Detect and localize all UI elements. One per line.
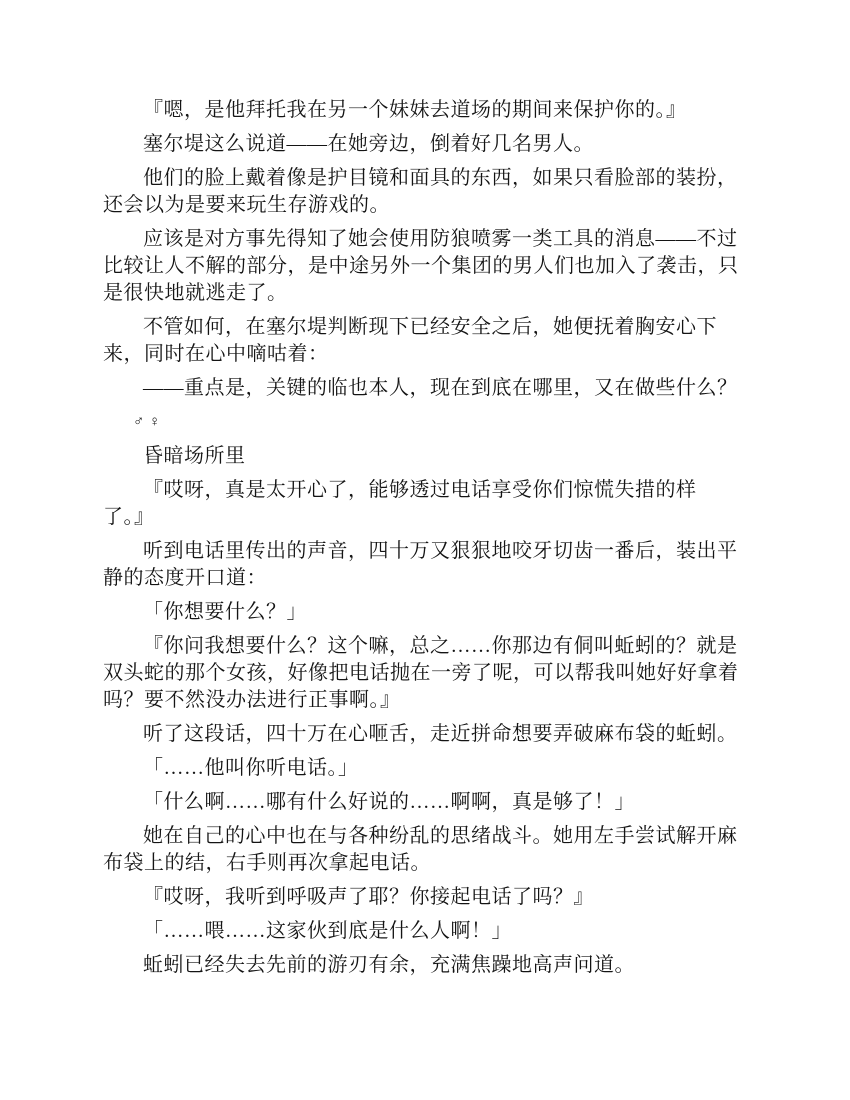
text-line: 静的态度开口道： [103,565,749,592]
text-line: 「你想要什么？」 [103,599,749,626]
document-page: 『嗯，是他拜托我在另一个妹妹去道场的期间来保护你的。』塞尔堤这么说道——在她旁边… [0,0,850,1100]
paragraph: 他们的脸上戴着像是护目镜和面具的东西，如果只看脸部的装扮，还会以为是要来玩生存游… [103,165,749,219]
text-line: 双头蛇的那个女孩，好像把电话抛在一旁了呢，可以帮我叫她好好拿着 [103,660,749,687]
paragraph: 听了这段话，四十万在心咂舌，走近拼命想要弄破麻布袋的蚯蚓。 [103,721,749,748]
paragraph: 塞尔堤这么说道——在她旁边，倒着好几名男人。 [103,131,749,158]
text-line: 塞尔堤这么说道——在她旁边，倒着好几名男人。 [103,131,749,158]
paragraph: 「你想要什么？」 [103,599,749,626]
text-line: ——重点是，关键的临也本人，现在到底在哪里，又在做些什么？ [103,375,749,402]
text-line: 应该是对方事先得知了她会使用防狼喷雾一类工具的消息——不过 [103,226,749,253]
paragraph: 『哎呀，我听到呼吸声了耶？你接起电话了吗？』 [103,884,749,911]
section-separator: ♂ ♀ [103,409,749,436]
text-line: 还会以为是要来玩生存游戏的。 [103,192,749,219]
paragraph: 不管如何，在塞尔堤判断现下已经安全之后，她便抚着胸安心下来，同时在心中嘀咕着： [103,314,749,368]
paragraph: 蚯蚓已经失去先前的游刃有余，充满焦躁地高声问道。 [103,952,749,979]
text-content: 『嗯，是他拜托我在另一个妹妹去道场的期间来保护你的。』塞尔堤这么说道——在她旁边… [103,97,749,986]
text-line: 『嗯，是他拜托我在另一个妹妹去道场的期间来保护你的。』 [103,97,749,124]
paragraph: 昏暗场所里 [103,443,749,470]
text-line: 听到电话里传出的声音，四十万又狠狠地咬牙切齿一番后，装出平 [103,538,749,565]
text-line: 『哎呀，真是太开心了，能够透过电话享受你们惊慌失措的样 [103,477,749,504]
text-line: 她在自己的心中也在与各种纷乱的思绪战斗。她用左手尝试解开麻 [103,823,749,850]
text-line: 吗？要不然没办法进行正事啊。』 [103,687,749,714]
text-line: 来，同时在心中嘀咕着： [103,341,749,368]
paragraph: 「……喂……这家伙到底是什么人啊！」 [103,918,749,945]
text-line: 「……喂……这家伙到底是什么人啊！」 [103,918,749,945]
paragraph: 『你问我想要什么？这个嘛，总之……你那边有侗叫蚯蚓的？就是双头蛇的那个女孩，好像… [103,633,749,714]
paragraph: 应该是对方事先得知了她会使用防狼喷雾一类工具的消息——不过比较让人不解的部分，是… [103,226,749,307]
paragraph: 「什么啊……哪有什么好说的……啊啊，真是够了！」 [103,789,749,816]
text-line: 蚯蚓已经失去先前的游刃有余，充满焦躁地高声问道。 [103,952,749,979]
text-line: 比较让人不解的部分，是中途另外一个集团的男人们也加入了袭击，只 [103,253,749,280]
text-line: 『哎呀，我听到呼吸声了耶？你接起电话了吗？』 [103,884,749,911]
paragraph: 『哎呀，真是太开心了，能够透过电话享受你们惊慌失措的样了。』 [103,477,749,531]
text-line: 听了这段话，四十万在心咂舌，走近拼命想要弄破麻布袋的蚯蚓。 [103,721,749,748]
text-line: 「……他叫你听电话。」 [103,755,749,782]
paragraph: ——重点是，关键的临也本人，现在到底在哪里，又在做些什么？ [103,375,749,402]
paragraph: 『嗯，是他拜托我在另一个妹妹去道场的期间来保护你的。』 [103,97,749,124]
text-line: 是很快地就逃走了。 [103,280,749,307]
text-line: 了。』 [103,504,749,531]
paragraph: 「……他叫你听电话。」 [103,755,749,782]
text-line: 布袋上的结，右手则再次拿起电话。 [103,850,749,877]
text-line: 『你问我想要什么？这个嘛，总之……你那边有侗叫蚯蚓的？就是 [103,633,749,660]
text-line: 不管如何，在塞尔堤判断现下已经安全之后，她便抚着胸安心下 [103,314,749,341]
paragraph: 听到电话里传出的声音，四十万又狠狠地咬牙切齿一番后，装出平静的态度开口道： [103,538,749,592]
paragraph: 她在自己的心中也在与各种纷乱的思绪战斗。她用左手尝试解开麻布袋上的结，右手则再次… [103,823,749,877]
text-line: 「什么啊……哪有什么好说的……啊啊，真是够了！」 [103,789,749,816]
text-line: 昏暗场所里 [103,443,749,470]
gender-symbols: ♂ ♀ [103,409,749,436]
text-line: 他们的脸上戴着像是护目镜和面具的东西，如果只看脸部的装扮， [103,165,749,192]
